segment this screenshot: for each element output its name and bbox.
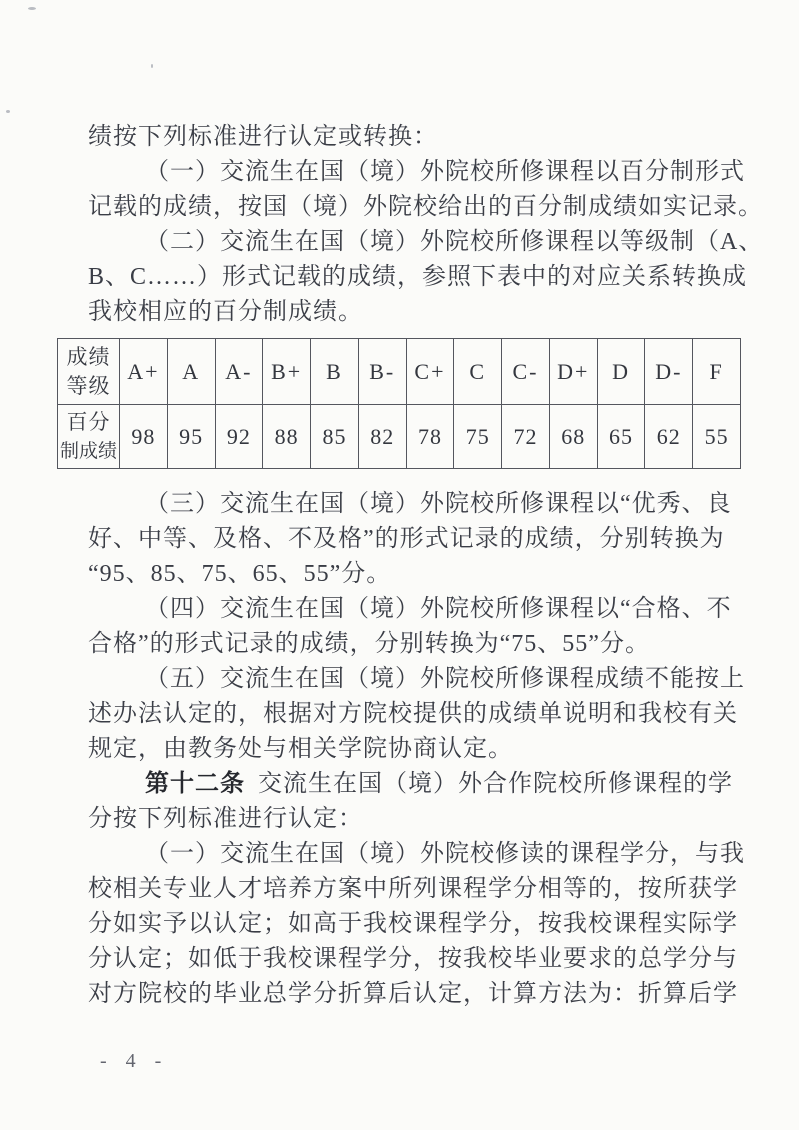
score-cell: 72 bbox=[502, 405, 550, 469]
row-header-text: 等级 bbox=[58, 372, 119, 401]
text-line: （一）交流生在国（境）外院校所修课程以百分制形式 bbox=[88, 155, 728, 190]
table-row-grade-levels: 成绩 等级 A+ A A- B+ B B- C+ C C- D+ D D- F bbox=[58, 339, 741, 405]
row-header-text: 成绩 bbox=[58, 343, 119, 372]
lower-text-block: （三）交流生在国（境）外院校所修课程以“优秀、良 好、中等、及格、不及格”的形式… bbox=[88, 487, 728, 1012]
grade-cell: F bbox=[693, 339, 741, 405]
grade-cell: B- bbox=[358, 339, 406, 405]
grade-cell: A+ bbox=[120, 339, 168, 405]
text-line: 校相关专业人才培养方案中所列课程学分相等的，按所获学 bbox=[88, 872, 728, 907]
article-12-heading: 第十二条 bbox=[145, 771, 245, 797]
row-header-grade-level: 成绩 等级 bbox=[58, 339, 120, 405]
text-line: 分认定；如低于我校课程学分，按我校毕业要求的总学分与 bbox=[88, 942, 728, 977]
row-header-text: 制成绩 bbox=[58, 437, 119, 466]
scanned-document-page: 绩按下列标准进行认定或转换： （一）交流生在国（境）外院校所修课程以百分制形式 … bbox=[0, 0, 799, 1130]
score-cell: 78 bbox=[406, 405, 454, 469]
text-line: （三）交流生在国（境）外院校所修课程以“优秀、良 bbox=[88, 487, 728, 522]
grade-cell: A bbox=[167, 339, 215, 405]
text-line: B、C……）形式记载的成绩，参照下表中的对应关系转换成 bbox=[88, 260, 728, 295]
scan-speck bbox=[151, 64, 153, 68]
grade-cell: D- bbox=[645, 339, 693, 405]
grade-cell: A- bbox=[215, 339, 263, 405]
grade-cell: C bbox=[454, 339, 502, 405]
grade-cell: C- bbox=[502, 339, 550, 405]
text-line: （五）交流生在国（境）外院校所修课程成绩不能按上 bbox=[88, 662, 728, 697]
scan-speck bbox=[6, 110, 10, 113]
text-line: 好、中等、及格、不及格”的形式记录的成绩，分别转换为 bbox=[88, 522, 728, 557]
grade-cell: B bbox=[311, 339, 359, 405]
grade-conversion-table: 成绩 等级 A+ A A- B+ B B- C+ C C- D+ D D- F … bbox=[57, 338, 741, 469]
grade-cell: D+ bbox=[549, 339, 597, 405]
table-row-percent-scores: 百分 制成绩 98 95 92 88 85 82 78 75 72 68 65 … bbox=[58, 405, 741, 469]
text-line: 分如实予以认定；如高于我校课程学分，按我校课程实际学 bbox=[88, 907, 728, 942]
text-line: “95、85、75、65、55”分。 bbox=[88, 557, 728, 592]
grade-cell: B+ bbox=[263, 339, 311, 405]
score-cell: 98 bbox=[120, 405, 168, 469]
score-cell: 95 bbox=[167, 405, 215, 469]
text-line: 对方院校的毕业总学分折算后认定，计算方法为：折算后学 bbox=[88, 977, 728, 1012]
text-line: 记载的成绩，按国（境）外院校给出的百分制成绩如实记录。 bbox=[88, 190, 728, 225]
score-cell: 88 bbox=[263, 405, 311, 469]
text-line: 规定，由教务处与相关学院协商认定。 bbox=[88, 732, 728, 767]
text-line: （二）交流生在国（境）外院校所修课程以等级制（A、 bbox=[88, 225, 728, 260]
score-cell: 62 bbox=[645, 405, 693, 469]
text-line: （一）交流生在国（境）外院校修读的课程学分，与我 bbox=[88, 837, 728, 872]
text-line: 合格”的形式记录的成绩，分别转换为“75、55”分。 bbox=[88, 627, 728, 662]
score-cell: 55 bbox=[693, 405, 741, 469]
row-header-percent-score: 百分 制成绩 bbox=[58, 405, 120, 469]
grade-cell: C+ bbox=[406, 339, 454, 405]
article-12-line: 第十二条交流生在国（境）外合作院校所修课程的学 bbox=[88, 767, 728, 802]
grade-cell: D bbox=[597, 339, 645, 405]
text-line: 述办法认定的，根据对方院校提供的成绩单说明和我校有关 bbox=[88, 697, 728, 732]
score-cell: 82 bbox=[358, 405, 406, 469]
article-12-text: 交流生在国（境）外合作院校所修课程的学 bbox=[258, 771, 733, 797]
score-cell: 92 bbox=[215, 405, 263, 469]
text-line: 我校相应的百分制成绩。 bbox=[88, 295, 728, 330]
text-line: （四）交流生在国（境）外院校所修课程以“合格、不 bbox=[88, 592, 728, 627]
text-line: 分按下列标准进行认定： bbox=[88, 802, 728, 837]
text-line: 绩按下列标准进行认定或转换： bbox=[88, 120, 728, 155]
score-cell: 65 bbox=[597, 405, 645, 469]
score-cell: 75 bbox=[454, 405, 502, 469]
scan-speck bbox=[28, 7, 36, 10]
row-header-text: 百分 bbox=[58, 408, 119, 437]
upper-text-block: 绩按下列标准进行认定或转换： （一）交流生在国（境）外院校所修课程以百分制形式 … bbox=[88, 120, 728, 330]
page-number: - 4 - bbox=[100, 1050, 168, 1073]
score-cell: 85 bbox=[311, 405, 359, 469]
score-cell: 68 bbox=[549, 405, 597, 469]
